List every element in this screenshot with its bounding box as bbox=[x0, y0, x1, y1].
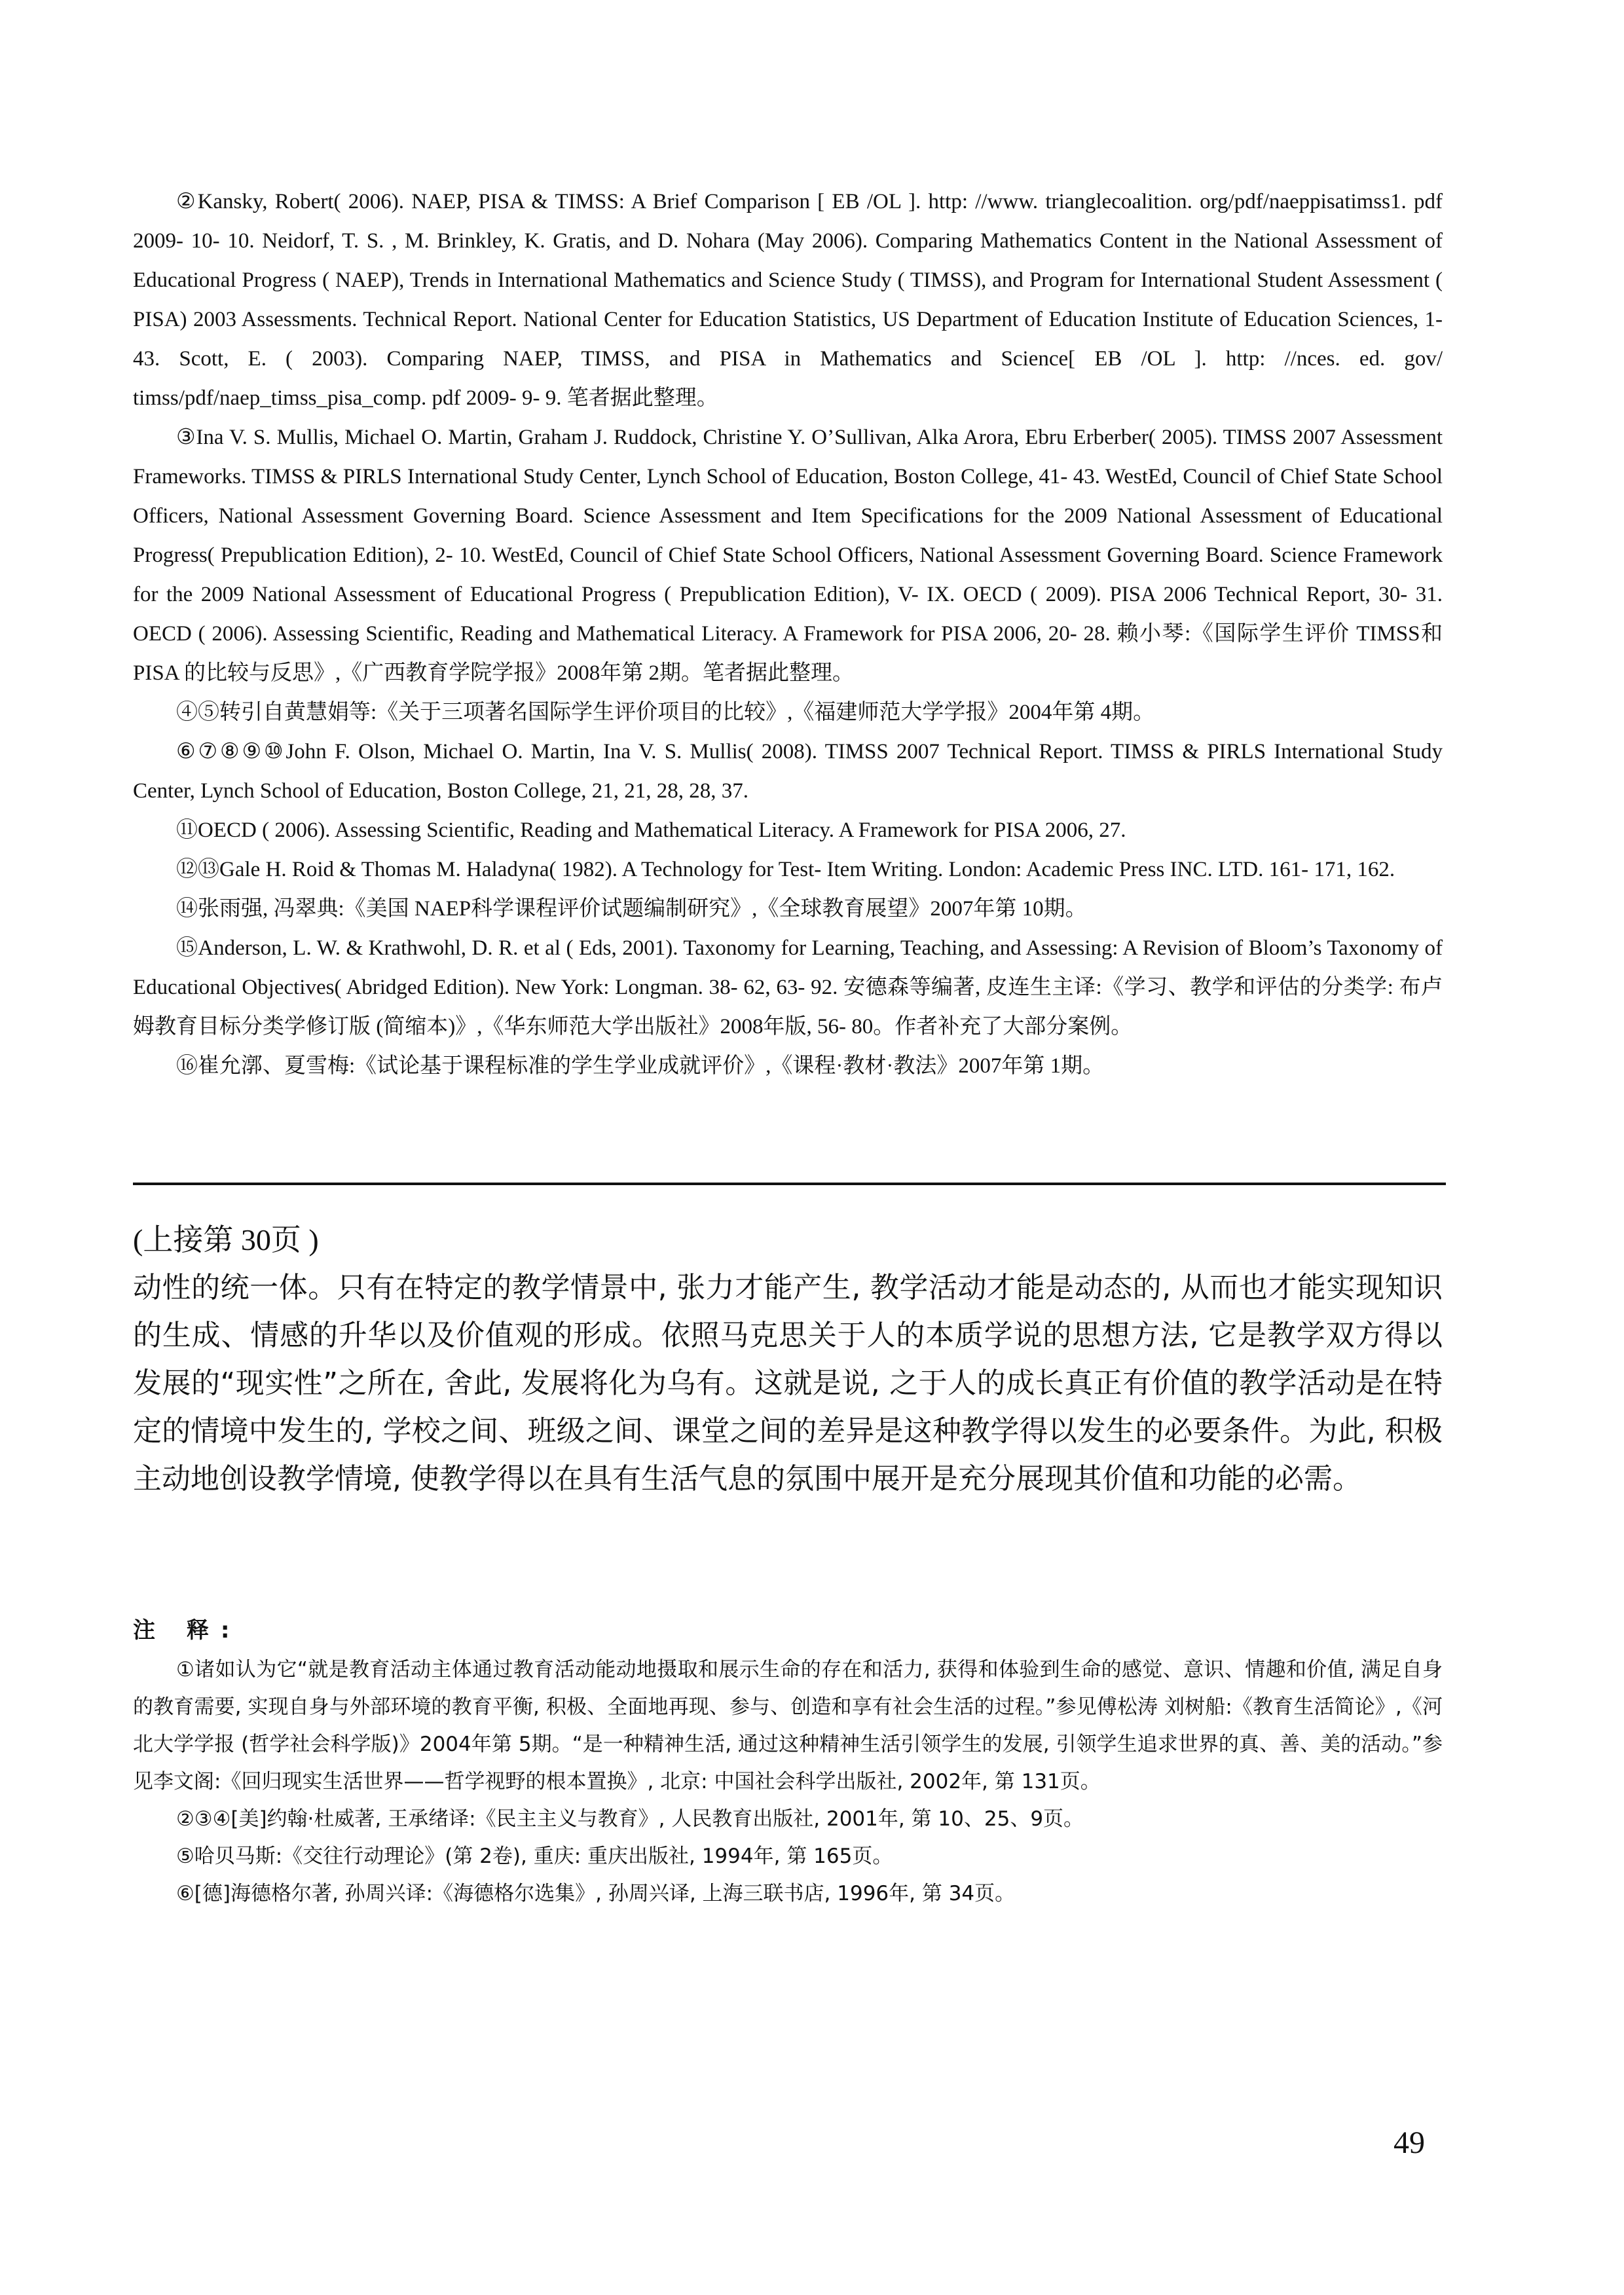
note-2-4: ②③④[美]约翰·杜威著, 王承绪译:《民主主义与教育》, 人民教育出版社, 2… bbox=[133, 1801, 1443, 1838]
note-1: ①诸如认为它“就是教育活动主体通过教育活动能动地摄取和展示生命的存在和活力, 获… bbox=[133, 1651, 1443, 1801]
reference-4-5: ④⑤转引自黄慧娟等:《关于三项著名国际学生评价项目的比较》,《福建师范大学学报》… bbox=[133, 693, 1443, 732]
body-text: 动性的统一体。只有在特定的教学情景中, 张力才能产生, 教学活动才能是动态的, … bbox=[133, 1264, 1443, 1503]
reference-11: ⑪OECD ( 2006). Assessing Scientific, Rea… bbox=[133, 811, 1443, 850]
document-page: ②Kansky, Robert( 2006). NAEP, PISA & TIM… bbox=[0, 0, 1624, 2295]
references-section: ②Kansky, Robert( 2006). NAEP, PISA & TIM… bbox=[133, 182, 1443, 1086]
reference-2: ②Kansky, Robert( 2006). NAEP, PISA & TIM… bbox=[133, 182, 1443, 418]
note-5: ⑤哈贝马斯:《交往行动理论》(第 2卷), 重庆: 重庆出版社, 1994年, … bbox=[133, 1838, 1443, 1875]
reference-14: ⑭张雨强, 冯翠典:《美国 NAEP科学课程评价试题编制研究》,《全球教育展望》… bbox=[133, 889, 1443, 928]
reference-15: ⑮Anderson, L. W. & Krathwohl, D. R. et a… bbox=[133, 928, 1443, 1046]
reference-3: ③Ina V. S. Mullis, Michael O. Martin, Gr… bbox=[133, 418, 1443, 693]
reference-16: ⑯崔允漷、夏雪梅:《试论基于课程标准的学生学业成就评价》,《课程·教材·教法》2… bbox=[133, 1046, 1443, 1086]
reference-6-10: ⑥⑦⑧⑨⑩John F. Olson, Michael O. Martin, I… bbox=[133, 732, 1443, 811]
continuation-label: (上接第 30页 ) bbox=[133, 1221, 319, 1260]
page-number: 49 bbox=[1393, 2125, 1425, 2161]
section-divider bbox=[133, 1183, 1446, 1185]
reference-12-13: ⑫⑬Gale H. Roid & Thomas M. Haladyna( 198… bbox=[133, 850, 1443, 889]
body-paragraph: 动性的统一体。只有在特定的教学情景中, 张力才能产生, 教学活动才能是动态的, … bbox=[133, 1264, 1443, 1503]
notes-title: 注 释: bbox=[133, 1612, 241, 1644]
notes-section: ①诸如认为它“就是教育活动主体通过教育活动能动地摄取和展示生命的存在和活力, 获… bbox=[133, 1651, 1443, 1913]
note-6: ⑥[德]海德格尔著, 孙周兴译:《海德格尔选集》, 孙周兴译, 上海三联书店, … bbox=[133, 1875, 1443, 1913]
